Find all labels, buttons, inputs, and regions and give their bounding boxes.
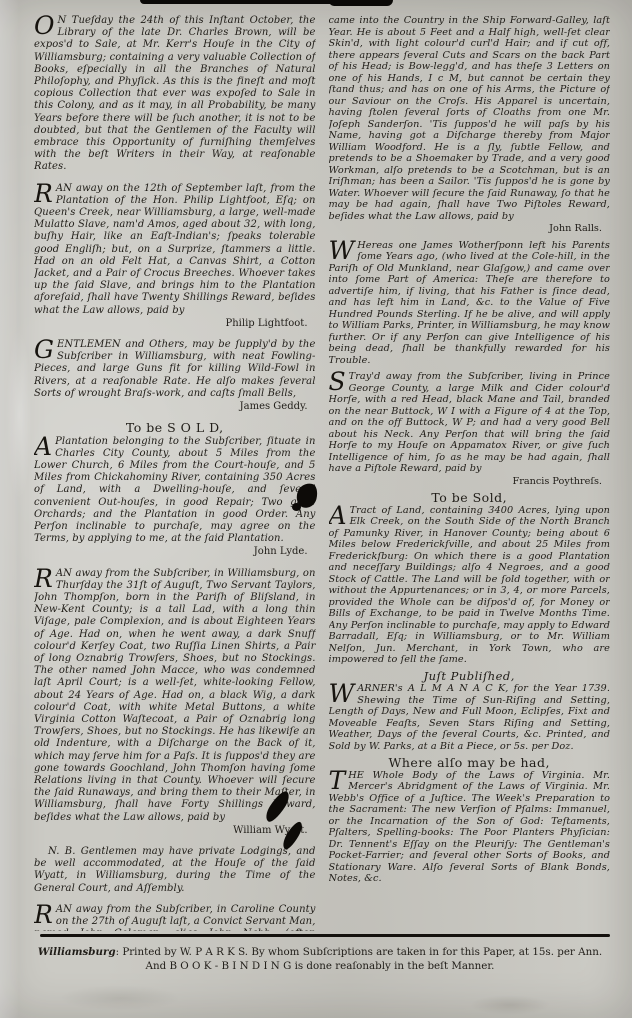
ad-heading: To be S O L D,: [34, 422, 316, 434]
ad-text: Tract of Land, containing 3400 Acres, ly…: [329, 505, 611, 666]
imprint-line-1: Williamsburg: Printed by W. P A R K S. B…: [30, 945, 610, 959]
advertisement-warners-almanack: Juſt Publiſhed, WARNER's A L M A N A C K…: [329, 671, 611, 753]
newspaper-page: ON Tueſday the 24th of this Inſtant Octo…: [0, 0, 632, 1018]
ad-text: AN away on the 12th of September laſt, f…: [34, 183, 316, 316]
ad-body: RAN away from the Subſcriber, in Carolin…: [34, 904, 316, 931]
paper-stain: [60, 985, 180, 1011]
drop-cap: A: [34, 436, 55, 457]
drop-cap: R: [34, 904, 56, 925]
advertisement-runaway-coleman: RAN away from the Subſcriber, in Carolin…: [34, 904, 316, 931]
advertisement-strayed-horse: STray'd away from the Subſcriber, living…: [329, 371, 611, 487]
ad-text: ARNER's A L M A N A C K, for the Year 17…: [329, 683, 611, 752]
ad-text: came into the Country in the Ship Forwar…: [329, 15, 611, 222]
ad-text: Tray'd away from the Subſcriber, living …: [329, 371, 611, 474]
scan-edge-mark: [140, 0, 345, 4]
imprint-line-2: And B O O K - B I N D I N G is done reaſ…: [30, 959, 610, 973]
ad-heading: Where alſo may be had,: [329, 757, 611, 769]
ad-body: WHereas one James Wotherſponn left his P…: [329, 240, 611, 367]
advertisement-runaway-amos: RAN away on the 12th of September laſt, …: [34, 183, 316, 330]
two-column-layout: ON Tueſday the 24th of this Inſtant Octo…: [34, 15, 610, 931]
advertisement-runaway-continued: came into the Country in the Ship Forwar…: [329, 15, 611, 235]
advertisement-library-sale: ON Tueſday the 24th of this Inſtant Octo…: [34, 15, 316, 174]
ad-body: came into the Country in the Ship Forwar…: [329, 15, 611, 222]
ad-signature: James Geddy.: [34, 401, 316, 413]
ad-text: HE Whole Body of the Laws of Virginia. M…: [329, 770, 611, 885]
ad-signature: John Ralls.: [329, 223, 611, 235]
ad-signature: Philip Lightfoot.: [34, 318, 316, 330]
ad-body: ATract of Land, containing 3400 Acres, l…: [329, 505, 611, 666]
ad-body: THE Whole Body of the Laws of Virginia. …: [329, 770, 611, 885]
ad-body: RAN away on the 12th of September laſt, …: [34, 183, 316, 317]
drop-cap: R: [34, 568, 56, 589]
ad-text: Plantation belonging to the Subſcriber, …: [34, 436, 316, 545]
ad-text: AN away from the Subſcriber, in Williams…: [34, 568, 316, 823]
ad-signature: Francis Poythreſs.: [329, 476, 611, 488]
ad-body: STray'd away from the Subſcriber, living…: [329, 371, 611, 475]
advertisement-land-tract-sale: To be Sold, ATract of Land, containing 3…: [329, 492, 611, 666]
advertisement-wotherspoon-inquiry: WHereas one James Wotherſponn left his P…: [329, 240, 611, 367]
ad-signature: William Wyatt.: [34, 825, 316, 837]
right-column: came into the Country in the Ship Forwar…: [329, 15, 611, 931]
drop-cap: W: [329, 683, 358, 704]
drop-cap: W: [329, 240, 358, 261]
drop-cap: G: [34, 339, 57, 360]
drop-cap: T: [329, 770, 349, 791]
ad-heading: To be Sold,: [329, 492, 611, 504]
imprint-footer: Williamsburg: Printed by W. P A R K S. B…: [30, 945, 610, 973]
advertisement-runaway-taylors: RAN away from the Subſcriber, in William…: [34, 568, 316, 837]
advertisement-plantation-sale: To be S O L D, APlantation belonging to …: [34, 422, 316, 558]
nota-bene-lodgings: N. B. Gentlemen may have private Lodging…: [34, 846, 316, 895]
advertisement-books-for-sale: Where alſo may be had, THE Whole Body of…: [329, 757, 611, 885]
ad-text: N Tueſday the 24th of this Inſtant Octob…: [34, 15, 316, 172]
drop-cap: O: [34, 15, 58, 36]
ad-text: N. B. Gentlemen may have private Lodging…: [34, 846, 316, 894]
paper-stain: [6, 330, 32, 500]
drop-cap: A: [329, 505, 350, 526]
ad-heading: Juſt Publiſhed,: [329, 671, 611, 683]
ad-text: AN away from the Subſcriber, in Caroline…: [34, 904, 316, 931]
paper-stain: [470, 995, 550, 1015]
advertisement-gunsmith-geddy: GENTLEMEN and Others, may be ſupply'd by…: [34, 339, 316, 413]
ink-blot: [292, 503, 301, 511]
ad-body: N. B. Gentlemen may have private Lodging…: [34, 846, 316, 895]
imprint-place: Williamsburg: [38, 946, 116, 958]
ad-signature: John Lyde.: [34, 546, 316, 558]
ad-body: APlantation belonging to the Subſcriber,…: [34, 436, 316, 546]
ad-text: ENTLEMEN and Others, may be ſupply'd by …: [34, 339, 316, 399]
left-column: ON Tueſday the 24th of this Inſtant Octo…: [34, 15, 316, 931]
ad-body: ON Tueſday the 24th of this Inſtant Octo…: [34, 15, 316, 174]
ad-body: RAN away from the Subſcriber, in William…: [34, 568, 316, 824]
drop-cap: S: [329, 371, 349, 392]
scan-edge-mark: [329, 0, 393, 6]
ad-body: GENTLEMEN and Others, may be ſupply'd by…: [34, 339, 316, 400]
drop-cap: R: [34, 183, 56, 204]
footer-rule: [40, 934, 610, 937]
ad-body: WARNER's A L M A N A C K, for the Year 1…: [329, 683, 611, 752]
imprint-line-1-text: : Printed by W. P A R K S. By whom Subſc…: [116, 946, 603, 958]
ad-text: Hereas one James Wotherſponn left his Pa…: [329, 240, 611, 366]
